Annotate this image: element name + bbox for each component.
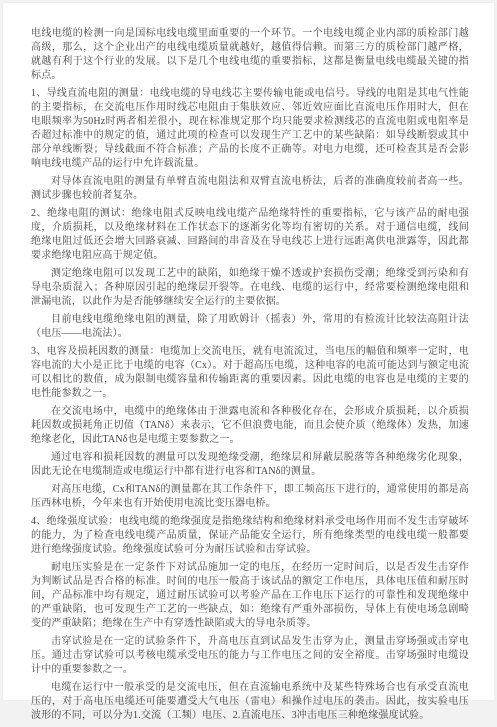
paragraph-section-3: 3、电容及损耗因数的测量：电缆加上交流电压，就有电流流过，当电压的幅值和频率一定… <box>31 345 469 401</box>
paragraph: 通过电容和损耗因数的测量可以发现绝缘受潮，绝缘层和屏蔽层脱落等各种绝缘劣化现象，… <box>31 451 469 479</box>
paragraph-intro: 电线电缆的检测一向是国标电线电缆里面重要的一个环节。一个电线电缆企业内部的质检部… <box>31 27 469 83</box>
paragraph: 在交流电场中，电缆中的绝缘体由于泄露电流和各种极化存在，会形成介质损耗，以介质损… <box>31 405 469 447</box>
paragraph: 耐电压实验是在一定条件下对试品施加一定的电压，在经历一定时间后，以是否发生击穿作… <box>31 561 469 631</box>
paragraph: 对高压电缆，Cx和TANδ的测量都在其工作条件下，即工频高压下进行的，通常使用的… <box>31 483 469 511</box>
document-page: 电线电缆的检测一向是国标电线电缆里面重要的一个环节。一个电线电缆企业内部的质检部… <box>3 3 494 700</box>
paragraph: 对导体直流电阻的测量有单臂直流电阻法和双臂直流电桥法，后者的准确度较前者高一些。… <box>31 175 469 203</box>
paragraph-section-4: 4、绝缘强度试验：电线电缆的绝缘强度是指绝缘结构和绝缘材料承受电场作用而不发生击… <box>31 515 469 557</box>
paragraph-section-2: 2、绝缘电阻的测试：绝缘电阻式反映电线电缆产品绝缘特性的重要指标，它与该产品的耐… <box>31 207 469 263</box>
paragraph-section-1: 1、导线直流电阻的测量：电线电缆的导电线芯主要传输电能或电信号。导线的电阻是其电… <box>31 87 469 171</box>
document-text-body: 电线电缆的检测一向是国标电线电缆里面重要的一个环节。一个电线电缆企业内部的质检部… <box>31 27 469 703</box>
paragraph: 电缆在运行中一般承受的是交流电压，但在直流输电系统中及某些特殊场合也有承受直流电… <box>31 681 469 703</box>
paragraph: 击穿试验是在一定的试验条件下，升高电压直到试品发生击穿为止，测量击穿场强或击穿电… <box>31 635 469 677</box>
paragraph: 目前电线电缆绝缘电阻的测量，除了用欧姆计（摇表）外，常用的有检流计比较法高阻计法… <box>31 313 469 341</box>
paragraph: 测定绝缘电阻可以发现工艺中的缺陷，如绝缘干燥不透或护套损伤受潮；绝缘受到污染和有… <box>31 267 469 309</box>
